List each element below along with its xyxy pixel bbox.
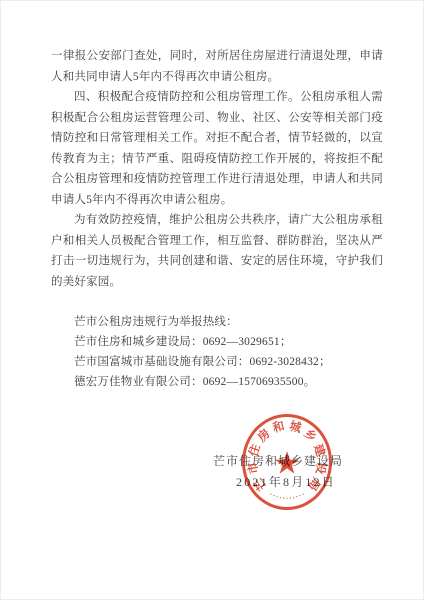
seal-ring-char: 房 — [254, 426, 274, 447]
signature-date: 2021年8月12日 — [236, 473, 336, 490]
document-body: 一律报公安部门查处，同时，对所居住房屋进行清退处理，申请人和共同申请人5年内不得… — [51, 46, 383, 392]
hotline-line: 德宏万佳物业有限公司：0692—15706935500。 — [74, 372, 383, 392]
paragraph-closing: 为有效防控疫情，维护公租房公共秩序，请广大公租房承租户和相关人员极配合管理工作，… — [51, 210, 383, 292]
seal-serial-glyph: • — [294, 494, 301, 502]
seal-serial-glyph: • — [273, 494, 280, 502]
seal-serial-glyph: • — [290, 496, 297, 503]
seal-serial-glyph: • — [276, 496, 283, 503]
seal-ring-char: 和 — [270, 419, 287, 437]
seal-serial-glyph: • — [300, 491, 308, 500]
seal-serial-glyph: • — [297, 493, 305, 501]
hotline-section: 芒市公租房违规行为举报热线： 芒市住房和城乡建设局：0692—3029651； … — [51, 312, 383, 392]
seal-serial-glyph: • — [280, 496, 287, 503]
paragraph-item-four: 四、积极配合疫情防控和公租房管理工作。公租房承租人需积极配合公租房运营管理公司、… — [51, 87, 383, 210]
seal-serial-glyph: • — [269, 493, 277, 501]
seal-serial-glyph: • — [287, 496, 294, 503]
hotline-line: 芒市国富城市基础设施有限公司：0692-3028432； — [74, 352, 383, 372]
hotline-heading: 芒市公租房违规行为举报热线： — [74, 312, 383, 332]
hotline-line: 芒市住房和城乡建设局：0692—3029651； — [74, 332, 383, 352]
paragraph-continuation: 一律报公安部门查处，同时，对所居住房屋进行清退处理，申请人和共同申请人5年内不得… — [51, 46, 383, 87]
seal-ring-char: 乡 — [300, 426, 320, 447]
signature-org: 芒市住房和城乡建设局 — [213, 452, 343, 469]
seal-serial-glyph: • — [284, 497, 290, 503]
seal-serial-glyph: • — [266, 491, 274, 500]
seal-ring-char: 城 — [287, 419, 304, 437]
document-page: 一律报公安部门查处，同时，对所居住房屋进行清退处理，申请人和共同申请人5年内不得… — [0, 0, 424, 600]
